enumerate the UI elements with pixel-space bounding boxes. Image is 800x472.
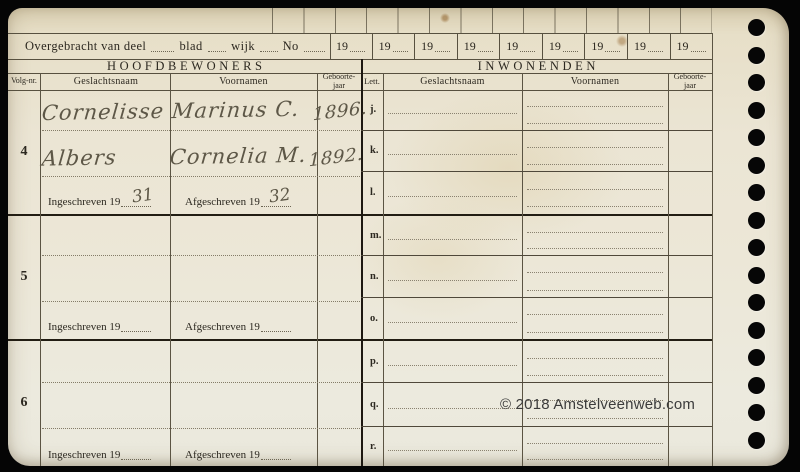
row-letter: q. bbox=[370, 398, 378, 409]
transfer-wijk-label: wijk bbox=[231, 39, 255, 54]
dotted-blank bbox=[648, 40, 663, 52]
dotted-line bbox=[527, 164, 663, 165]
dotted-blank bbox=[691, 40, 706, 52]
hoofdbewoners-block-5: 5 Ingeschreven 19 Afgeschreven 19 bbox=[8, 215, 361, 339]
col-header-geboortejaar: Geboorte-jaar bbox=[668, 73, 712, 90]
year-cell: 19 bbox=[414, 33, 457, 59]
row-letter: j. bbox=[370, 104, 376, 115]
dotted-blank bbox=[151, 40, 174, 52]
dotted-line bbox=[388, 154, 517, 155]
dotted-line bbox=[527, 375, 663, 376]
dotted-line bbox=[388, 408, 517, 409]
row-letter: o. bbox=[370, 312, 378, 323]
year-cell: 19 bbox=[542, 33, 585, 59]
punch-hole bbox=[748, 404, 765, 421]
table-right-edge-line bbox=[712, 33, 713, 466]
punch-hole bbox=[748, 267, 765, 284]
afgeschreven-label: Afgeschreven 19 bbox=[185, 449, 260, 461]
year-cell: 19 bbox=[457, 33, 500, 59]
handwritten-geboortejaar: 1892. bbox=[309, 144, 364, 171]
entry-dotted-line bbox=[42, 176, 360, 177]
dotted-line bbox=[527, 147, 663, 148]
dotted-blank bbox=[208, 40, 227, 52]
dotted-line bbox=[527, 332, 663, 333]
dotted-blank bbox=[304, 40, 325, 52]
row-letter: p. bbox=[370, 356, 378, 367]
volgnr-value: 4 bbox=[8, 90, 40, 214]
top-partial-grid bbox=[272, 8, 712, 33]
dotted-line bbox=[388, 280, 517, 281]
handwritten-geslachtsnaam: Albers bbox=[41, 145, 118, 170]
volgnr-value: 6 bbox=[8, 340, 40, 466]
punch-hole bbox=[748, 129, 765, 146]
col-header-lett: Lett. bbox=[361, 73, 383, 90]
binder-holes bbox=[748, 19, 765, 449]
afgeschreven-field: Afgeschreven 19 32 bbox=[185, 195, 291, 208]
handwritten-geslachtsnaam: Cornelisse bbox=[41, 99, 165, 125]
dotted-line bbox=[527, 123, 663, 124]
handwritten-geboortejaar: 1896. bbox=[313, 98, 368, 125]
hoofdbewoners-block-4: 4 Cornelisse Marinus C. 1896. Albers Cor… bbox=[8, 90, 361, 214]
punch-hole bbox=[748, 184, 765, 201]
punch-hole bbox=[748, 157, 765, 174]
dotted-line bbox=[527, 272, 663, 273]
dotted-blank bbox=[260, 40, 278, 52]
inwonenden-row-o: o. bbox=[361, 298, 712, 339]
dotted-line bbox=[388, 450, 517, 451]
dotted-blank bbox=[261, 320, 291, 332]
inwonenden-title: INWONENDEN bbox=[361, 59, 712, 73]
dotted-line bbox=[527, 358, 663, 359]
inwonenden-row-m: m. bbox=[361, 217, 712, 256]
inwonenden-row-p: p. bbox=[361, 342, 712, 383]
entry-dotted-line bbox=[42, 130, 360, 131]
dotted-line bbox=[388, 365, 517, 366]
row-letter: m. bbox=[370, 230, 381, 241]
dotted-line bbox=[527, 206, 663, 207]
dotted-blank bbox=[121, 320, 151, 332]
dotted-line bbox=[527, 459, 663, 460]
entry-dotted-line bbox=[42, 301, 360, 302]
dotted-blank bbox=[435, 40, 450, 52]
year-cell: 19 bbox=[627, 33, 670, 59]
dotted-line bbox=[388, 196, 517, 197]
year-cell: 19 bbox=[499, 33, 542, 59]
dotted-line bbox=[527, 106, 663, 107]
dotted-blank bbox=[520, 40, 535, 52]
row-letter: r. bbox=[370, 440, 376, 451]
col-header-volgnr: Volg-nr. bbox=[8, 73, 40, 90]
year-cell: 19 bbox=[670, 33, 713, 59]
punch-hole bbox=[748, 212, 765, 229]
punch-hole bbox=[748, 74, 765, 91]
year-cells-row: 19 19 19 19 19 19 19 19 19 bbox=[330, 33, 712, 59]
transfer-no-label: No bbox=[283, 39, 299, 54]
punch-hole bbox=[748, 377, 765, 394]
dotted-line bbox=[388, 322, 517, 323]
ingeschreven-label: Ingeschreven 19 bbox=[48, 196, 120, 208]
dotted-line bbox=[527, 418, 663, 419]
col-header-geboortejaar: Geboorte-jaar bbox=[317, 73, 361, 90]
dotted-line bbox=[527, 232, 663, 233]
registration-strip: Ingeschreven 19 Afgeschreven 19 bbox=[42, 320, 360, 338]
inwonenden-row-r: r. bbox=[361, 427, 712, 466]
transfer-blad-label: blad bbox=[179, 39, 202, 54]
punch-hole bbox=[748, 349, 765, 366]
inwonenden-row-j: j. bbox=[361, 90, 712, 131]
dotted-line bbox=[388, 113, 517, 114]
afgeschreven-field: Afgeschreven 19 bbox=[185, 448, 291, 461]
punch-hole bbox=[748, 322, 765, 339]
hoofdbewoners-title: HOOFDBEWONERS bbox=[8, 59, 361, 73]
dotted-blank bbox=[121, 448, 151, 460]
dotted-line bbox=[527, 189, 663, 190]
year-cell: 19 bbox=[330, 33, 372, 59]
dotted-line bbox=[527, 443, 663, 444]
col-header-voornamen: Voornamen bbox=[170, 73, 317, 90]
dotted-blank bbox=[478, 40, 493, 52]
dotted-blank bbox=[350, 40, 365, 52]
handwritten-ingeschreven-year: 31 bbox=[131, 185, 155, 208]
entry-dotted-line bbox=[42, 255, 360, 256]
registration-strip: Ingeschreven 19 Afgeschreven 19 bbox=[42, 448, 360, 466]
ingeschreven-label: Ingeschreven 19 bbox=[48, 449, 120, 461]
punch-hole bbox=[748, 239, 765, 256]
col-header-geslachtsnaam: Geslachtsnaam bbox=[42, 73, 170, 90]
entry-dotted-line bbox=[42, 428, 360, 429]
volgnr-value: 5 bbox=[8, 215, 40, 339]
dotted-line bbox=[527, 314, 663, 315]
dotted-line bbox=[527, 248, 663, 249]
row-letter: n. bbox=[370, 270, 378, 281]
punch-hole bbox=[748, 47, 765, 64]
col-header-voornamen: Voornamen bbox=[522, 73, 668, 90]
year-cell: 19 bbox=[372, 33, 415, 59]
handwritten-voornamen: Marinus C. bbox=[171, 97, 301, 123]
ingeschreven-field: Ingeschreven 19 31 bbox=[48, 195, 151, 208]
ingeschreven-field: Ingeschreven 19 bbox=[48, 448, 151, 461]
afgeschreven-label: Afgeschreven 19 bbox=[185, 321, 260, 333]
punch-hole bbox=[748, 102, 765, 119]
dotted-blank bbox=[393, 40, 408, 52]
inwonenden-row-l: l. bbox=[361, 172, 712, 214]
inwonenden-row-k: k. bbox=[361, 131, 712, 172]
row-letter: k. bbox=[370, 145, 378, 156]
inwonenden-row-n: n. bbox=[361, 256, 712, 298]
year-cell: 19 bbox=[584, 33, 627, 59]
punch-hole bbox=[748, 294, 765, 311]
handwritten-afgeschreven-year: 32 bbox=[268, 185, 292, 208]
photo-of-register-card: Overgebracht van deel blad wijk No 19 19… bbox=[0, 0, 800, 472]
punch-hole bbox=[748, 19, 765, 36]
dotted-blank bbox=[605, 40, 620, 52]
punch-hole bbox=[748, 432, 765, 449]
dotted-blank bbox=[563, 40, 578, 52]
handwritten-voornamen: Cornelia M. bbox=[169, 143, 308, 169]
registration-strip: Ingeschreven 19 31 Afgeschreven 19 32 bbox=[42, 195, 360, 213]
ingeschreven-field: Ingeschreven 19 bbox=[48, 320, 151, 333]
dotted-line bbox=[527, 290, 663, 291]
hoofdbewoners-block-6: 6 Ingeschreven 19 Afgeschreven 19 bbox=[8, 340, 361, 466]
entry-dotted-line bbox=[42, 382, 360, 383]
transfer-row: Overgebracht van deel blad wijk No bbox=[8, 33, 330, 59]
dotted-blank bbox=[261, 448, 291, 460]
afgeschreven-field: Afgeschreven 19 bbox=[185, 320, 291, 333]
dotted-line bbox=[388, 239, 517, 240]
copyright-watermark: © 2018 Amstelveenweb.com bbox=[500, 396, 695, 413]
afgeschreven-label: Afgeschreven 19 bbox=[185, 196, 260, 208]
ingeschreven-label: Ingeschreven 19 bbox=[48, 321, 120, 333]
col-header-geslachtsnaam: Geslachtsnaam bbox=[383, 73, 522, 90]
transfer-deel-label: Overgebracht van deel bbox=[25, 39, 146, 54]
row-letter: l. bbox=[370, 187, 376, 198]
